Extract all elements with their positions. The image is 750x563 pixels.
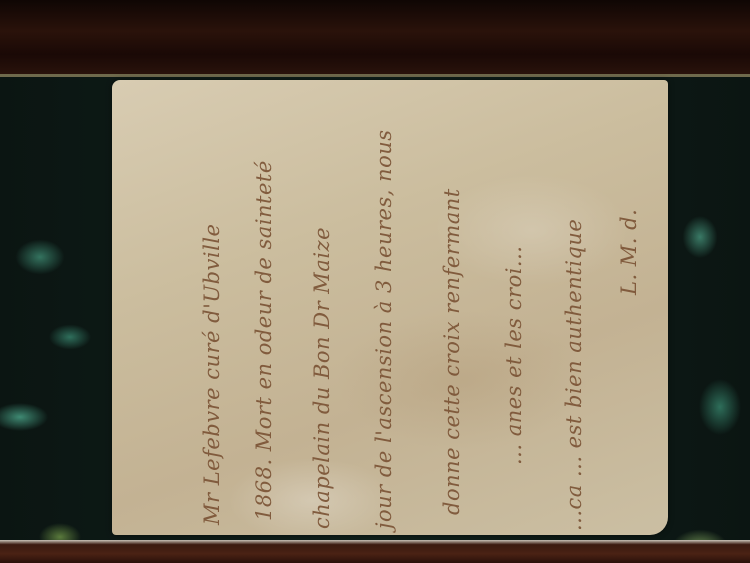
- note-line-7: ...ca ... est bien authentique: [562, 219, 586, 531]
- note-line-5: donne cette croix renfermant: [440, 188, 464, 515]
- aged-paper-note: Mr Lefebvre curé d'Ubville 1868. Mort en…: [112, 80, 668, 535]
- handwritten-text: Mr Lefebvre curé d'Ubville 1868. Mort en…: [112, 80, 668, 535]
- note-line-4: jour de l'ascension à 3 heures, nous: [372, 129, 396, 529]
- note-signature: L. M. d.: [617, 209, 641, 295]
- note-line-2: 1868. Mort en odeur de sainteté: [252, 160, 276, 521]
- note-line-6: ... anes et les croi...: [502, 246, 526, 465]
- wooden-frame-top: [0, 0, 750, 78]
- note-line-1: Mr Lefebvre curé d'Ubville: [200, 224, 224, 525]
- wooden-frame-bottom: [0, 540, 750, 563]
- note-line-3: chapelain du Bon Dr Maize: [310, 227, 334, 529]
